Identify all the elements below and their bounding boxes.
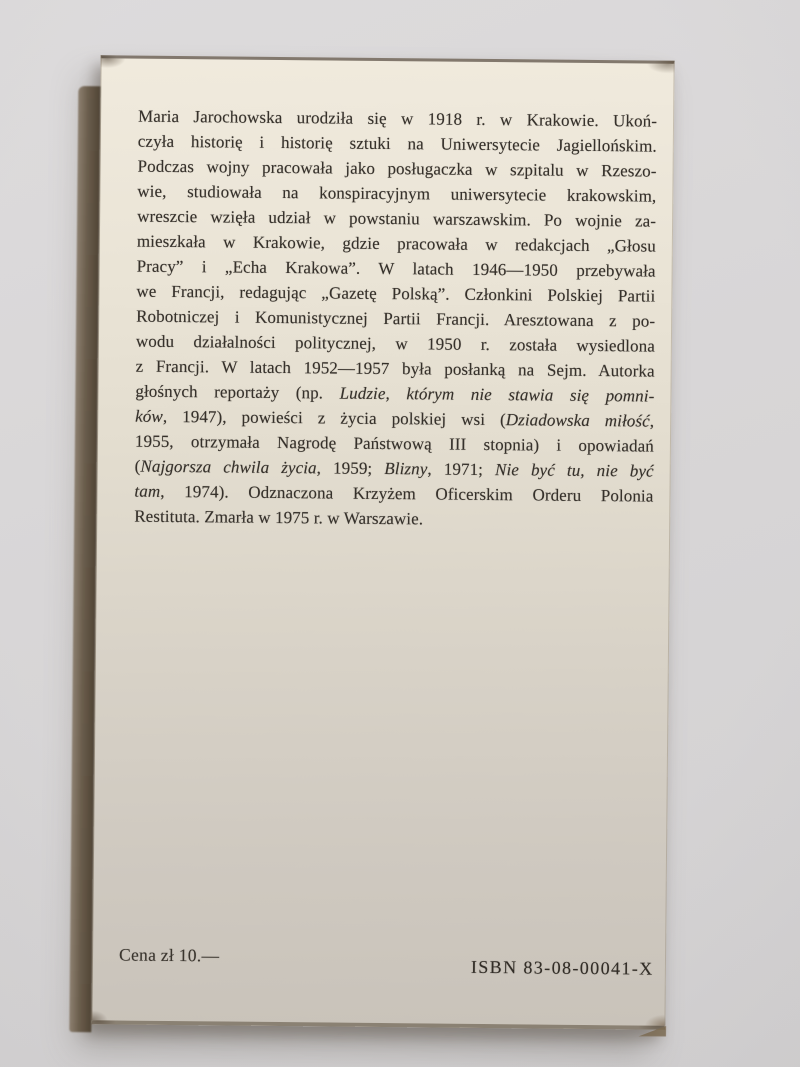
photo-background: Maria Jarochowska urodziła się w 1918 r.…: [0, 0, 800, 1067]
book-back-cover: Maria Jarochowska urodziła się w 1918 r.…: [91, 55, 674, 1029]
text-run: , 1974). Odznaczona Krzyżem Oficerskim O…: [160, 482, 653, 506]
text-run: Pracy” i „Echa Krakowa”. W latach 1946—1…: [137, 257, 656, 281]
text-run: głośnych reportaży (np.: [135, 382, 339, 403]
text-run: wodu działalności politycznej, w 1950 r.…: [136, 332, 655, 356]
text-run: ków: [135, 407, 163, 426]
isbn-label: ISBN 83-08-00041-X: [471, 957, 654, 980]
text-run: wie, studiowała na konspiracyjnym uniwer…: [137, 182, 656, 206]
text-run: Najgorsza chwila życia: [140, 457, 316, 478]
text-run: , 1947), powieści z życia polskiej wsi (: [163, 407, 506, 429]
text-run: Robotniczej i Komunistycznej Partii Fran…: [136, 307, 655, 331]
text-run: Ludzie, którym nie stawia się pomni-: [340, 384, 655, 406]
text-run: we Francji, redagując „Gazetę Polską”. C…: [136, 282, 655, 306]
text-run: wreszcie wzięła udział w powstaniu warsz…: [137, 207, 656, 231]
text-run: , 1959;: [317, 458, 385, 478]
text-run: , 1971;: [427, 459, 495, 479]
text-run: Restituta. Zmarła w 1975 r. w Warszawie.: [134, 507, 423, 529]
text-run: mieszkała w Krakowie, gdzie pracowała w …: [137, 232, 656, 256]
text-run: tam: [134, 482, 160, 501]
text-line: Restituta. Zmarła w 1975 r. w Warszawie.: [134, 504, 653, 534]
price-label: Cena zł 10.—: [119, 944, 220, 966]
text-run: Maria Jarochowska urodziła się w 1918 r.…: [138, 107, 657, 131]
text-run: Blizny: [384, 459, 427, 478]
text-run: 1955, otrzymała Nagrodę Państwową III st…: [135, 432, 654, 456]
text-run: czyła historię i historię sztuki na Uniw…: [138, 132, 657, 156]
text-run: Dziadowska miłość: [506, 410, 650, 430]
text-run: Nie być tu, nie być: [495, 460, 654, 481]
book-spine: [69, 86, 100, 1032]
text-run: Podczas wojny pracowała jako posługaczka…: [138, 157, 657, 181]
text-run: z Francji. W latach 1952—1957 była posła…: [136, 357, 655, 381]
page-edge-bottom-right: [638, 1025, 666, 1036]
text-run: ,: [650, 412, 655, 431]
back-cover-text: Maria Jarochowska urodziła się w 1918 r.…: [134, 104, 657, 534]
